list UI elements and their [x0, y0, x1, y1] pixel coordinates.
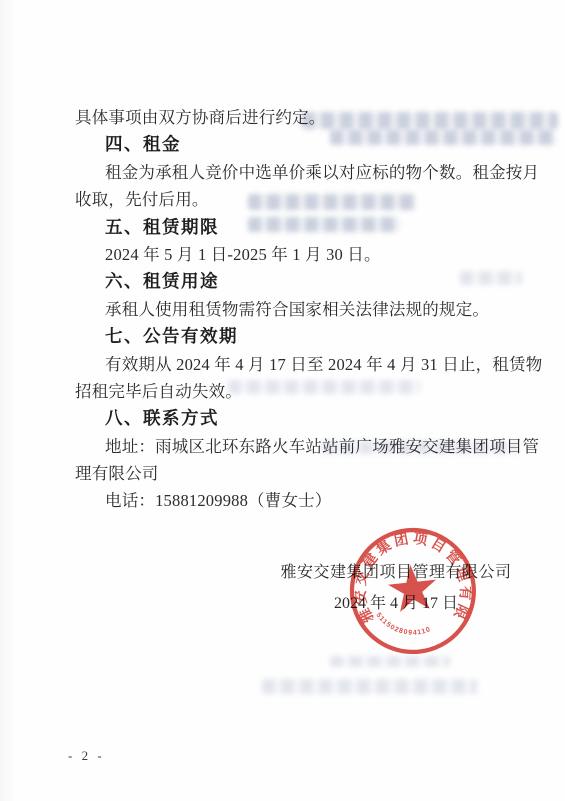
section-heading: 八、联系方式	[75, 405, 523, 432]
section-heading: 四、租金	[75, 131, 523, 158]
body-line: 理有限公司	[75, 460, 523, 487]
document-body: 具体事项由双方协商后进行约定。 四、租金 租金为承租人竞价中选单价乘以对应标的物…	[75, 104, 523, 515]
page-number: - 2 -	[68, 748, 105, 764]
body-line: 2024 年 5 月 1 日-2025 年 1 月 30 日。	[75, 241, 523, 268]
bleed-through-text	[262, 679, 477, 694]
seal-star-icon	[386, 562, 439, 613]
scanned-document-page: 具体事项由双方协商后进行约定。 四、租金 租金为承租人竞价中选单价乘以对应标的物…	[0, 0, 565, 801]
body-line: 租金为承租人竞价中选单价乘以对应标的物个数。租金按月	[75, 159, 523, 186]
section-heading: 六、租赁用途	[75, 268, 523, 295]
company-seal-stamp: 雅安交建集团项目管理有限公司 5115028094110	[340, 519, 485, 664]
section-heading: 七、公告有效期	[75, 323, 523, 350]
body-line: 承租人使用租赁物需符合国家相关法律法规的规定。	[75, 296, 523, 323]
body-line: 招租完毕后自动失效。	[75, 378, 523, 405]
section-heading: 五、租赁期限	[75, 214, 523, 241]
seal-code-digits: 5115028094110	[374, 607, 432, 641]
body-line: 有效期从 2024 年 4 月 17 日至 2024 年 4 月 31 日止，租…	[75, 351, 523, 378]
body-line: 地址：雨城区北环东路火车站站前广场雅安交建集团项目管	[75, 433, 523, 460]
body-line: 具体事项由双方协商后进行约定。	[75, 104, 523, 131]
body-line: 收取，先付后用。	[75, 186, 523, 213]
body-line: 电话：15881209988（曹女士）	[75, 487, 523, 514]
